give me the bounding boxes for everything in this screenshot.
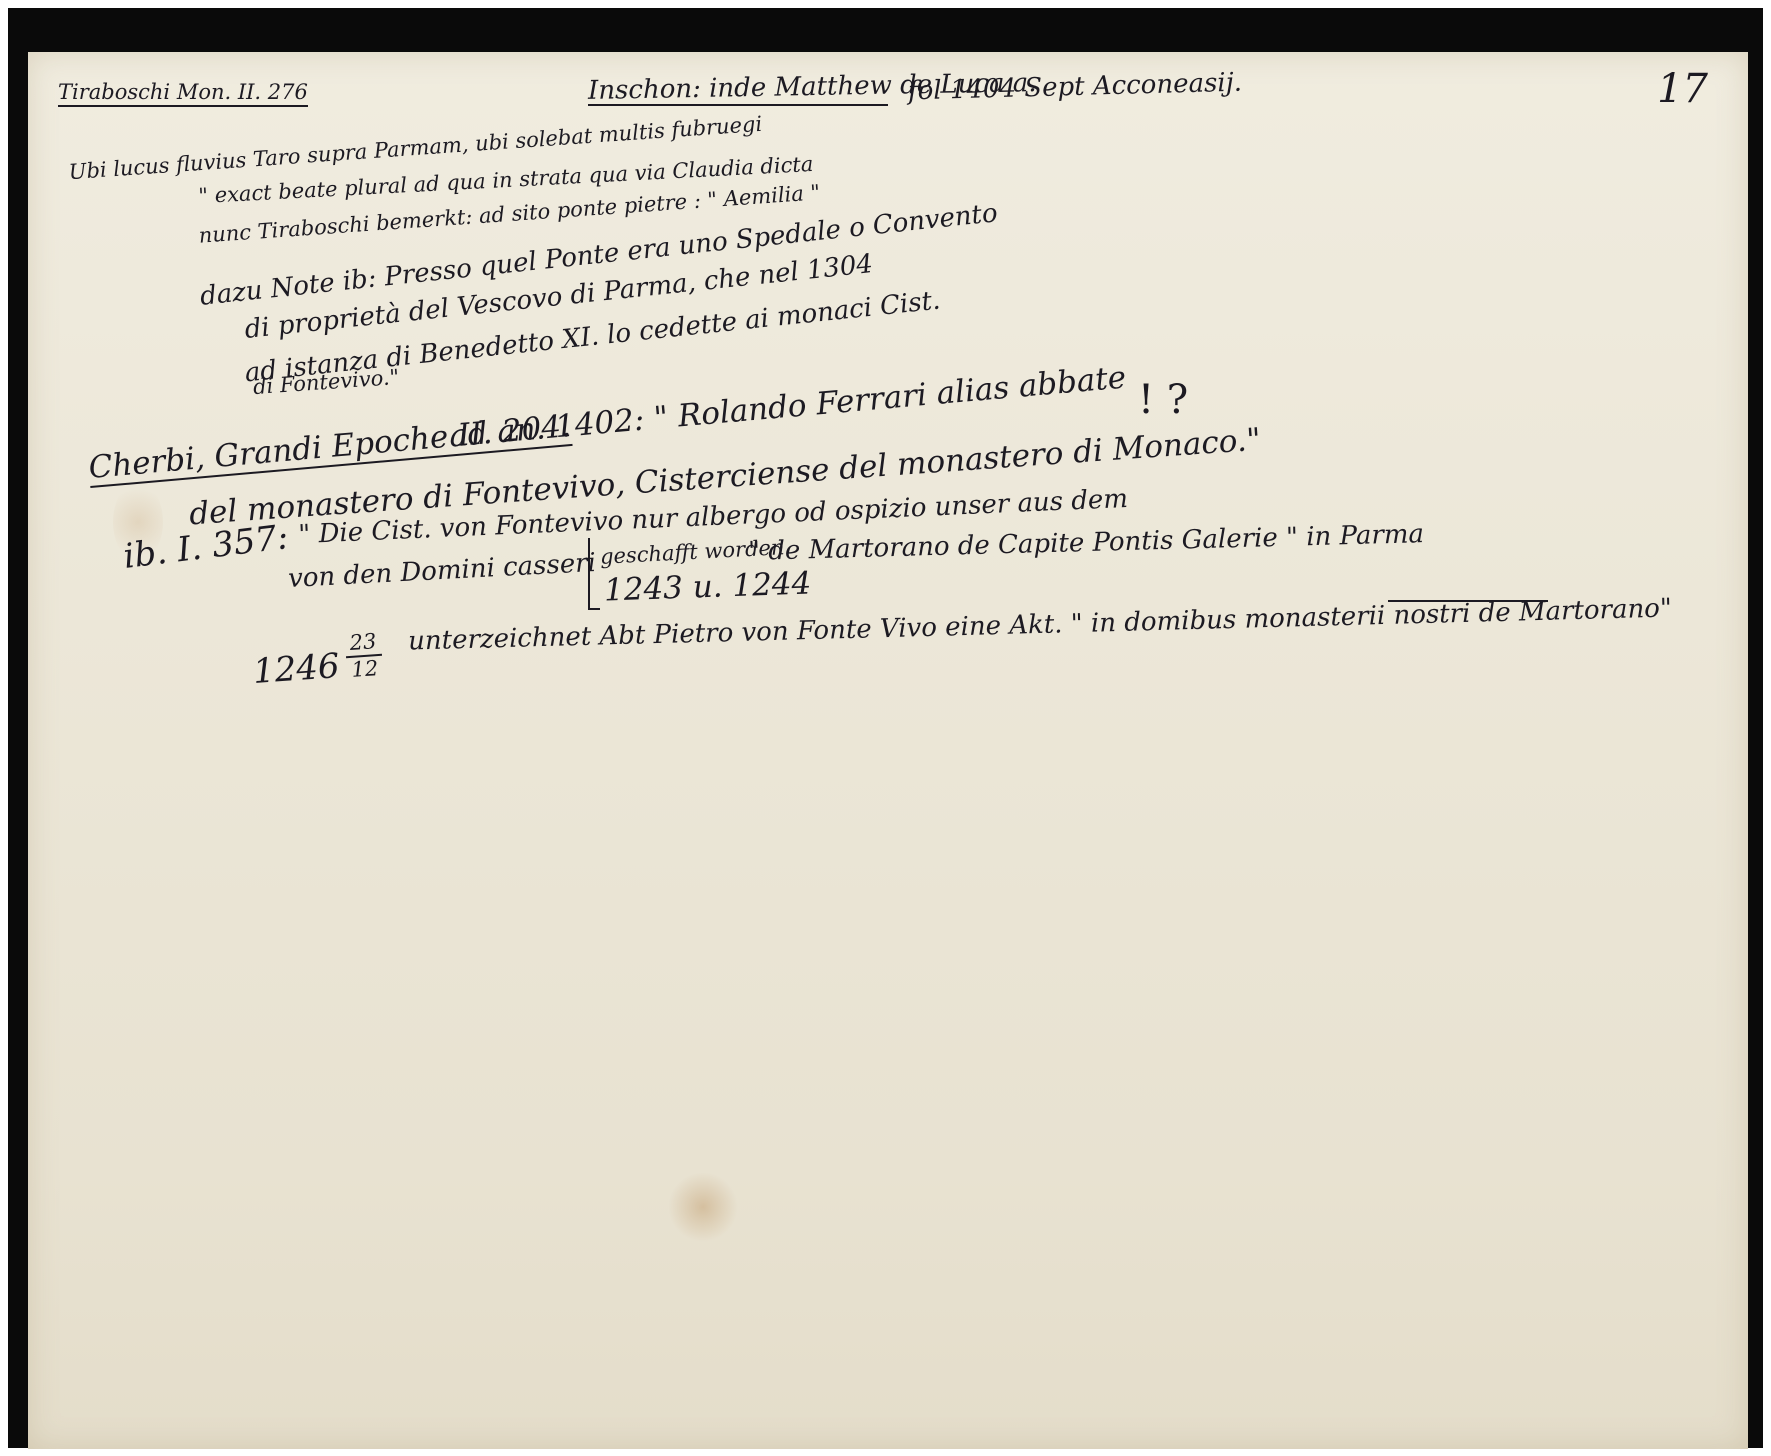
fraction-top: 23 (344, 631, 381, 654)
bracket-mark (588, 538, 600, 610)
header-center-note: fol 1404 Sept Acconeasij. (908, 70, 1243, 105)
ib-line-2c: " de Martorano de Capite Pontis Galerie … (748, 521, 1425, 565)
header-underline (588, 104, 888, 106)
folio-number: 17 (1657, 66, 1708, 112)
fraction-bottom: 12 (346, 658, 383, 681)
header-left-reference: Tiraboschi Mon. II. 276 (58, 82, 308, 107)
entry-1246-date: 1246 (252, 649, 341, 689)
ib-years: 1243 u. 1244 (604, 568, 812, 606)
scan-frame: 17 Tiraboschi Mon. II. 276 Inschon: inde… (8, 8, 1763, 1448)
cherbi-marks: ! ? (1138, 380, 1188, 420)
ib-line-2a: von den Domini casseri (288, 550, 597, 592)
manuscript-page: 17 Tiraboschi Mon. II. 276 Inschon: inde… (28, 52, 1748, 1449)
entry-1246-fraction: 23 12 (344, 631, 383, 681)
martorano-underline (1388, 600, 1548, 602)
paper-stain (668, 1172, 738, 1242)
